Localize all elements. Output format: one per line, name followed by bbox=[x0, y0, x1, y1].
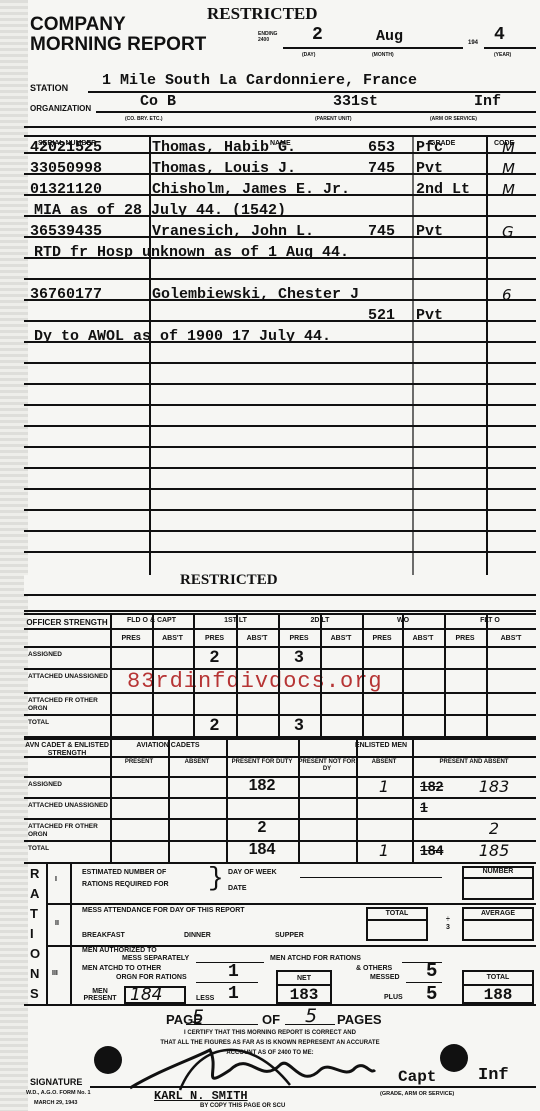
officer-row-label: ATTACHED UNASSIGNED bbox=[28, 673, 108, 681]
number-label: NUMBER bbox=[462, 868, 534, 876]
rations-side-letter: I bbox=[30, 926, 34, 941]
year-prefix: 194 bbox=[468, 40, 478, 46]
roster-grade: 2nd Lt bbox=[416, 181, 470, 198]
officer-group-header: 1ST LT bbox=[193, 617, 278, 625]
company-value: Co B bbox=[140, 93, 176, 110]
officer-row-label: ASSIGNED bbox=[28, 651, 108, 659]
section-ii: II bbox=[55, 920, 59, 928]
enlisted-row-label: TOTAL bbox=[28, 845, 108, 853]
roster-mos: 745 bbox=[368, 160, 395, 177]
classification-bottom: RESTRICTED bbox=[180, 572, 278, 589]
signer-rank: Capt bbox=[398, 1068, 436, 1086]
form-title-line1: COMPANY bbox=[30, 14, 126, 36]
mess-separately-label2: MESS SEPARATELY bbox=[122, 955, 189, 963]
officer-group-header: 2D LT bbox=[278, 617, 362, 625]
rations-side-letter: O bbox=[30, 946, 40, 961]
enlisted-col-header: PRESENT NOT FOR DY bbox=[298, 759, 356, 773]
roster-grade: Pvt bbox=[416, 307, 443, 324]
average-label: AVERAGE bbox=[462, 910, 534, 918]
roster-remark: RTD fr Hosp unknown as of 1 Aug 44. bbox=[34, 244, 349, 261]
officer-cell: 2 bbox=[193, 715, 236, 735]
abst-header: ABS'T bbox=[320, 635, 362, 643]
less-value: 1 bbox=[228, 984, 239, 1004]
roster-serial: 36760177 bbox=[30, 286, 102, 303]
plus-label: PLUS bbox=[384, 994, 403, 1002]
dinner-label: DINNER bbox=[184, 932, 211, 940]
roster-name: Thomas, Louis J. bbox=[152, 160, 296, 177]
enlisted-col-header: PRESENT AND ABSENT bbox=[412, 759, 536, 766]
roster-grade: Pvt bbox=[416, 223, 443, 240]
signer-arm: Inf bbox=[478, 1066, 509, 1085]
men-present-value: 184 bbox=[130, 985, 162, 1005]
roster-mos: 521 bbox=[368, 307, 395, 324]
roster-grade: Pfc bbox=[416, 139, 443, 156]
enlisted-col-header: ABSENT bbox=[168, 759, 226, 766]
arm-caption: (ARM OR SERVICE) bbox=[430, 116, 477, 122]
pres-header: PRES bbox=[362, 635, 402, 643]
officer-strength-title: OFFICER STRENGTH bbox=[24, 619, 110, 627]
atchd-other-label2: ORGN FOR RATIONS bbox=[116, 974, 187, 982]
pres-header: PRES bbox=[278, 635, 320, 643]
struck-value: 184 bbox=[420, 842, 443, 858]
scan-edge bbox=[0, 0, 28, 1111]
enlisted-cell: 184 bbox=[226, 841, 298, 859]
rations-side-letter: S bbox=[30, 986, 39, 1001]
rations-required-label: RATIONS REQUIRED FOR bbox=[82, 881, 169, 889]
enlisted-col-header: PRESENT bbox=[110, 759, 168, 766]
date-label: DATE bbox=[228, 885, 247, 893]
mess-total-label: TOTAL bbox=[366, 910, 428, 918]
abst-header: ABS'T bbox=[152, 635, 193, 643]
section-i: I bbox=[55, 876, 57, 884]
rations-side-letter: T bbox=[30, 906, 38, 921]
roster-code: G bbox=[502, 223, 514, 241]
form-note2: MARCH 29, 1943 bbox=[34, 1100, 77, 1106]
officer-group-header: FLT O bbox=[444, 617, 536, 625]
enlisted-strength-title: AVN CADET & ENLISTED STRENGTH bbox=[24, 742, 110, 758]
pres-header: PRES bbox=[193, 635, 236, 643]
estimated-rations-label: ESTIMATED NUMBER OF bbox=[82, 869, 166, 877]
others-messed-label1: & OTHERS bbox=[356, 965, 392, 973]
enlisted-row-label: ATTACHED FR OTHER ORGN bbox=[28, 823, 108, 839]
signature-label: SIGNATURE bbox=[30, 1078, 82, 1086]
roster-name: Golembiewski, Chester J bbox=[152, 286, 359, 303]
abst-header: ABS'T bbox=[486, 635, 536, 643]
enlisted-cell: 2 bbox=[412, 819, 536, 838]
of-label: OF bbox=[262, 1012, 280, 1027]
roster-serial: 36539435 bbox=[30, 223, 102, 240]
company-caption: (CO. BRY. ETC.) bbox=[125, 116, 163, 122]
supper-label: SUPPER bbox=[275, 932, 304, 940]
classification-top: RESTRICTED bbox=[207, 4, 318, 24]
others-messed-label2: MESSED bbox=[370, 974, 400, 982]
form-title-line2: MORNING REPORT bbox=[30, 34, 206, 56]
roster-grade: Pvt bbox=[416, 160, 443, 177]
roster-code: M bbox=[502, 160, 515, 178]
net-value: 183 bbox=[276, 986, 332, 1004]
day-caption: (DAY) bbox=[302, 52, 315, 58]
ration-total-label: TOTAL bbox=[462, 974, 534, 982]
roster-serial: 33050998 bbox=[30, 160, 102, 177]
month-caption: (MONTH) bbox=[372, 52, 394, 58]
abst-header: ABS'T bbox=[236, 635, 278, 643]
roster-serial: 01321120 bbox=[30, 181, 102, 198]
enlisted-row-label: ATTACHED UNASSIGNED bbox=[28, 802, 108, 810]
ration-total-value: 188 bbox=[462, 986, 534, 1004]
enlisted-cell: 182 bbox=[226, 777, 298, 795]
enlisted-row-label: ASSIGNED bbox=[28, 781, 108, 789]
parent-caption: (PARENT UNIT) bbox=[315, 116, 352, 122]
roster-code: M bbox=[502, 181, 515, 199]
year-caption: (YEAR) bbox=[494, 52, 511, 58]
report-month: Aug bbox=[376, 28, 403, 45]
section-iii: III bbox=[52, 970, 58, 978]
others-messed-value: 5 bbox=[426, 960, 437, 982]
officer-row-label: TOTAL bbox=[28, 719, 108, 727]
enlisted-men-header: ENLISTED MEN bbox=[226, 742, 536, 750]
less-label: LESS bbox=[196, 995, 214, 1003]
officer-group-header: WO bbox=[362, 617, 444, 625]
ending-label: ENDING 2400 bbox=[258, 31, 282, 43]
enlisted-cell: 1 bbox=[356, 841, 412, 860]
parent-unit-value: 331st bbox=[333, 93, 378, 110]
pres-header: PRES bbox=[110, 635, 152, 643]
officer-group-header: FLD O & CAPT bbox=[110, 617, 193, 625]
officer-cell: 3 bbox=[278, 715, 320, 735]
aviation-cadets-header: AVIATION CADETS bbox=[110, 742, 226, 750]
pres-header: PRES bbox=[444, 635, 486, 643]
enlisted-col-header: PRESENT FOR DUTY bbox=[226, 759, 298, 766]
arm-value: Inf bbox=[474, 93, 501, 110]
roster-mos: 745 bbox=[368, 223, 395, 240]
roster-name: Vranesich, John L. bbox=[152, 223, 314, 240]
rations-side-letter: N bbox=[30, 966, 39, 981]
pages-label: PAGES bbox=[337, 1012, 382, 1027]
roster-code: M bbox=[502, 139, 515, 157]
atchd-for-rations-label: MEN ATCHD FOR RATIONS bbox=[270, 955, 361, 963]
abst-header: ABS'T bbox=[402, 635, 444, 643]
punch-hole-right bbox=[440, 1044, 468, 1072]
roster-remark: Dy to AWOL as of 1900 17 July 44. bbox=[34, 328, 331, 345]
signer-name: KARL N. SMITH bbox=[154, 1089, 248, 1103]
copy-note: BY COPY THIS PAGE OR SCU bbox=[200, 1103, 285, 1109]
watermark: 83rdinfdivdocs.org bbox=[127, 669, 383, 694]
atchd-other-value: 1 bbox=[228, 962, 239, 982]
men-present-label: MEN PRESENT bbox=[82, 988, 118, 1002]
roster-name: Thomas, Habib G. bbox=[152, 139, 296, 156]
divide-by-three: ÷ 3 bbox=[446, 916, 454, 932]
plus-value: 5 bbox=[426, 983, 437, 1005]
officer-cell: 3 bbox=[278, 647, 320, 667]
roster-serial: 42021525 bbox=[30, 139, 102, 156]
mess-separately-label1: MEN AUTHORIZED TO bbox=[82, 947, 157, 955]
station-value: 1 Mile South La Cardonniere, France bbox=[102, 72, 417, 89]
struck-value: 182 bbox=[420, 778, 443, 794]
net-label: NET bbox=[276, 975, 332, 983]
roster-mos: 653 bbox=[368, 139, 395, 156]
roster-remark: MIA as of 28 July 44. (1542) bbox=[34, 202, 286, 219]
punch-hole-left bbox=[94, 1046, 122, 1074]
organization-label: ORGANIZATION bbox=[30, 105, 91, 113]
roster-name: Chisholm, James E. Jr. bbox=[152, 181, 350, 198]
enlisted-col-header: ABSENT bbox=[356, 759, 412, 766]
rations-side-letter: A bbox=[30, 886, 39, 901]
officer-cell: 2 bbox=[193, 647, 236, 667]
report-year: 4 bbox=[494, 25, 505, 45]
enlisted-cell: 2 bbox=[226, 819, 298, 837]
station-label: STATION bbox=[30, 84, 68, 92]
breakfast-label: BREAKFAST bbox=[82, 932, 125, 940]
rations-side-letter: R bbox=[30, 866, 39, 881]
atchd-other-label1: MEN ATCHD TO OTHER bbox=[82, 965, 161, 973]
struck-value: 1 bbox=[420, 799, 428, 815]
roster-code: 6 bbox=[502, 286, 512, 304]
grade-arm-caption: (GRADE, ARM OR SERVICE) bbox=[380, 1091, 454, 1097]
mess-attendance-label: MESS ATTENDANCE FOR DAY OF THIS REPORT bbox=[82, 907, 245, 915]
day-of-week-label: DAY OF WEEK bbox=[228, 869, 277, 877]
officer-row-label: ATTACHED FR OTHER ORGN bbox=[28, 697, 108, 713]
report-day: 2 bbox=[312, 25, 323, 45]
form-note1: W.D., A.G.O. FORM No. 1 bbox=[26, 1090, 91, 1096]
enlisted-cell: 1 bbox=[356, 777, 412, 796]
